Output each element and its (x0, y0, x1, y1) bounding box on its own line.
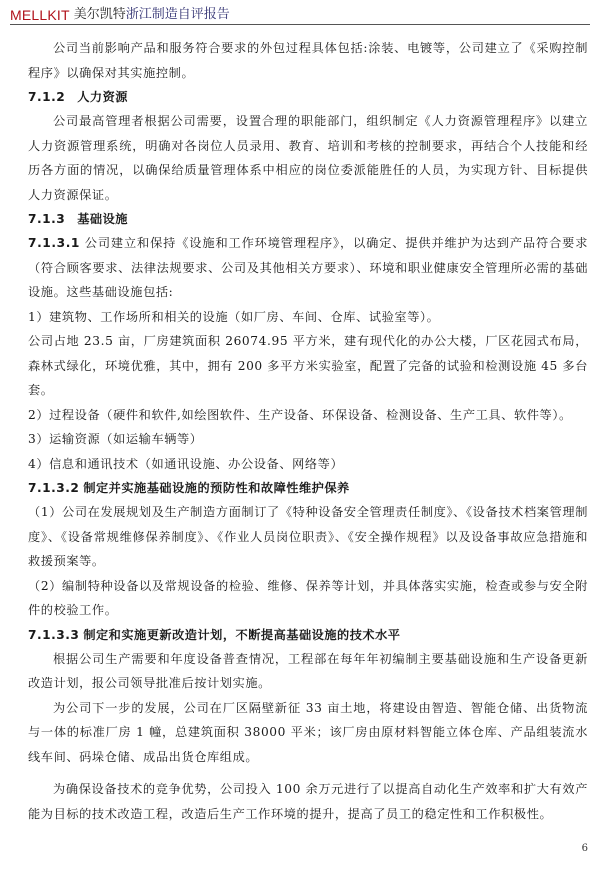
section-number: 7.1.3.2 (28, 481, 79, 495)
list-item: 2）过程设备（硬件和软件,如绘图软件、生产设备、环保设备、检测设备、生产工具、软… (28, 403, 588, 428)
section-number: 7.1.3 (28, 212, 65, 226)
section-title: 基础设施 (77, 212, 128, 226)
section-heading-7-1-3-2: 7.1.3.2制定并实施基础设施的预防性和故障性维护保养 (28, 476, 588, 500)
paragraph-7-1-3-1: 7.1.3.1 公司建立和保持《设施和工作环境管理程序》，以确定、提供并维护为达… (28, 231, 588, 305)
brand-chinese-name: 美尔凯特 (74, 7, 126, 23)
section-heading-7-1-3: 7.1.3基础设施 (28, 207, 588, 231)
report-title: 浙江制造自评报告 (126, 7, 230, 23)
page-number: 6 (582, 843, 588, 854)
section-title: 制定并实施基础设施的预防性和故障性维护保养 (83, 481, 349, 495)
paragraph: 为确保设备技术的竞争优势，公司投入 100 余万元进行了以提高自动化生产效率和扩… (28, 777, 588, 826)
list-item-detail: 公司占地 23.5 亩，厂房建筑面积 26074.95 平方米，建有现代化的办公… (28, 329, 588, 403)
list-item: 3）运输资源（如运输车辆等） (28, 427, 588, 452)
section-number: 7.1.2 (28, 90, 65, 104)
section-heading-7-1-2: 7.1.2人力资源 (28, 85, 588, 109)
paragraph-outsourcing: 公司当前影响产品和服务符合要求的外包过程具体包括:涂装、电镀等，公司建立了《采购… (28, 36, 588, 85)
section-heading-7-1-3-3: 7.1.3.3制定和实施更新改造计划，不断提高基础设施的技术水平 (28, 623, 588, 647)
section-number: 7.1.3.1 (28, 236, 80, 250)
list-item: （1）公司在发展规划及生产制造方面制订了《特种设备安全管理责任制度》、《设备技术… (28, 500, 588, 574)
list-item: 4）信息和通讯技术（如通讯设施、办公设备、网络等） (28, 452, 588, 477)
section-title: 制定和实施更新改造计划，不断提高基础设施的技术水平 (83, 628, 400, 642)
page-header: MELLKIT 美尔凯特 浙江制造自评报告 (10, 4, 590, 25)
paragraph: 为公司下一步的发展，公司在厂区隔壁新征 33 亩土地，将建设由智造、智能仓储、出… (28, 696, 588, 770)
document-body: 公司当前影响产品和服务符合要求的外包过程具体包括:涂装、电镀等，公司建立了《采购… (28, 36, 588, 826)
brand-logo-text: MELLKIT (10, 7, 70, 23)
paragraph-text: 公司建立和保持《设施和工作环境管理程序》，以确定、提供并维护为达到产品符合要求（… (28, 236, 588, 299)
section-title: 人力资源 (77, 90, 128, 104)
list-item: （2）编制特种设备以及常规设备的检验、维修、保养等计划，并具体落实实施，检查或参… (28, 574, 588, 623)
paragraph-human-resources: 公司最高管理者根据公司需要，设置合理的职能部门，组织制定《人力资源管理程序》以建… (28, 109, 588, 207)
paragraph: 根据公司生产需要和年度设备普查情况，工程部在每年年初编制主要基础设施和生产设备更… (28, 647, 588, 696)
section-number: 7.1.3.3 (28, 628, 79, 642)
list-item: 1）建筑物、工作场所和相关的设施（如厂房、车间、仓库、试验室等）。 (28, 305, 588, 330)
